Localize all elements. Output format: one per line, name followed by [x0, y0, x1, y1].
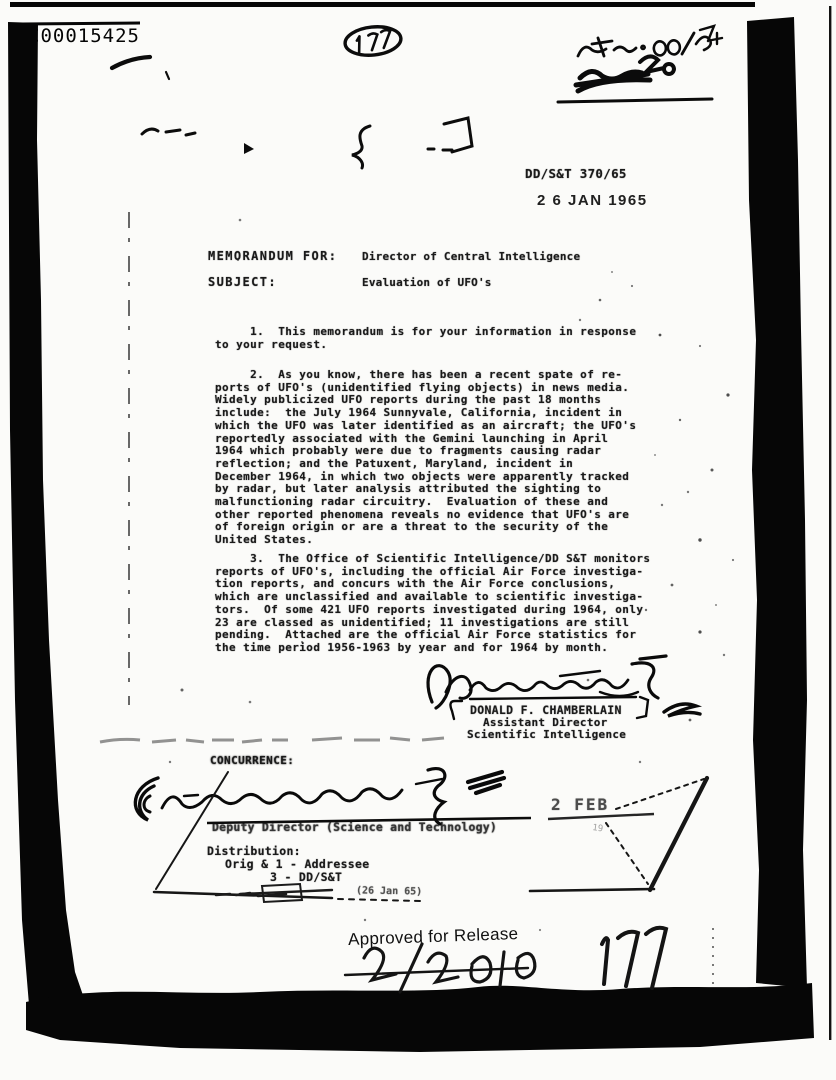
paragraph-3: 3. The Office of Scientific Intelligence…: [215, 553, 650, 655]
typist-line: (26 Jan 65): [356, 885, 422, 897]
memo-for-label: MEMORANDUM FOR:: [208, 249, 337, 263]
subject-label: SUBJECT:: [208, 275, 277, 289]
feb-stamp-marks: 19: [548, 814, 654, 834]
bold-number-scribble: [640, 56, 674, 74]
left-border-band: [8, 22, 98, 1026]
bracket-mark: [428, 118, 472, 152]
signature-wheelon-script: [135, 769, 504, 824]
paragraph-2: 2. As you know, there has been a recent …: [215, 369, 636, 547]
circled-page-number: [344, 24, 403, 58]
signer-typed-name: DONALD F. CHAMBERLAIN: [470, 703, 622, 717]
right-edge-line: [829, 6, 831, 1040]
brace-mark: [352, 126, 370, 168]
release-date-handwritten: [345, 944, 535, 992]
distribution-line-1: Orig & 1 - Addressee: [225, 857, 369, 871]
memo-for-value: Director of Central Intelligence: [362, 250, 580, 263]
distribution-line-2: 3 - DD/S&T: [270, 870, 342, 884]
paragraph-1: 1. This memorandum is for your informati…: [215, 326, 636, 351]
release-date-underline: [345, 968, 528, 975]
top-border-line: [10, 2, 755, 7]
typist-line-scribble: [216, 884, 332, 902]
subject-value: Evaluation of UFO's: [362, 276, 492, 289]
smudge-band: [100, 738, 444, 742]
arrowhead-mark: [244, 143, 254, 154]
stray-pen-marks: [112, 57, 472, 168]
feb-date-stamp: 2 FEB: [551, 795, 609, 814]
page-number-handwritten: [602, 928, 666, 988]
scan-id-box-line: [22, 23, 140, 24]
concurrence-title: Deputy Director (Science and Technology): [212, 820, 497, 834]
doc-number: DD/S&T 370/65: [525, 166, 627, 181]
bottom-border-band: [26, 983, 814, 1052]
signature-end-scribble: [664, 704, 700, 716]
scan-id: C00015425: [28, 25, 140, 47]
document-scan: C00015425 DD/S&T 370/65 2 6 JAN 1965 MEM…: [0, 0, 836, 1080]
distribution-label: Distribution:: [207, 844, 301, 858]
handwritten-ref-note: [558, 26, 722, 102]
signer-title-2: Scientific Intelligence: [467, 728, 626, 741]
approved-for-release-label: Approved for Release: [348, 924, 519, 950]
crossed-out-word: [576, 71, 650, 91]
right-border-band: [747, 17, 807, 988]
signature-end-scribble-2: [468, 772, 504, 793]
fold-lines: [154, 772, 707, 901]
concurrence-label: CONCURRENCE:: [210, 754, 294, 767]
date-stamp: 2 6 JAN 1965: [537, 192, 648, 209]
svg-text:19: 19: [592, 823, 604, 834]
separator-line: [558, 99, 712, 102]
